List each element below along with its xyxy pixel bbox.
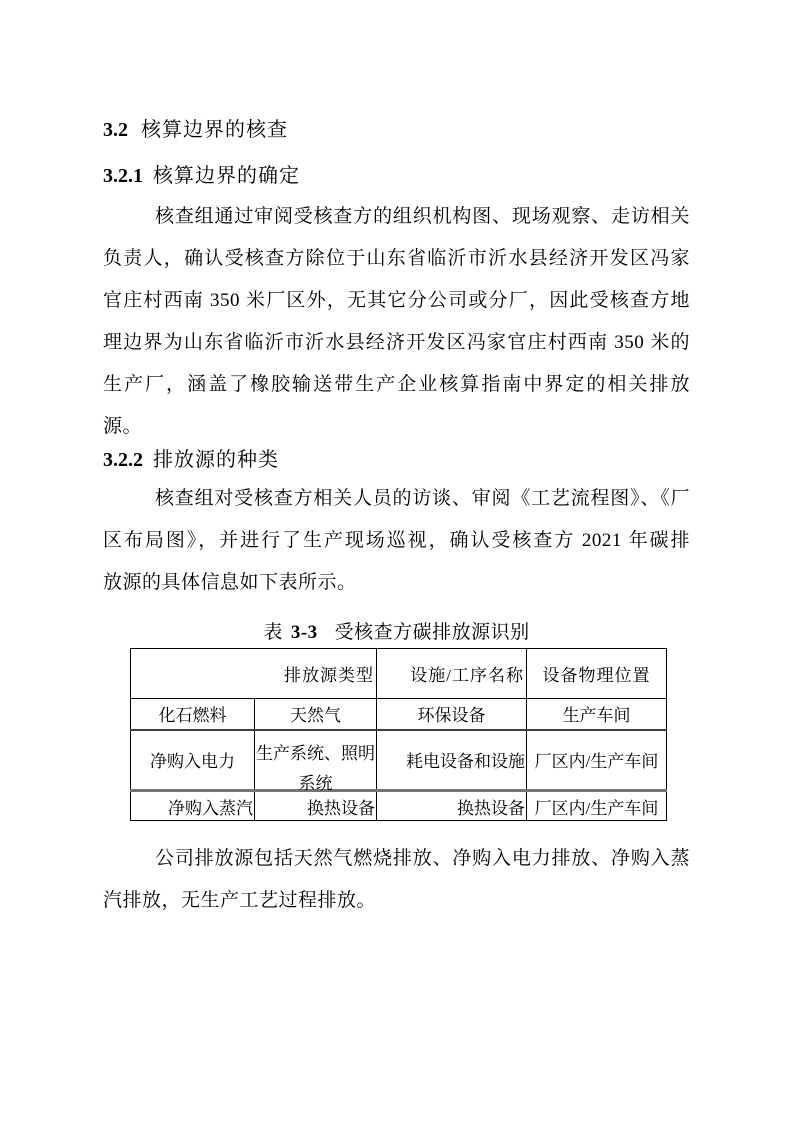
- header-cell-facility-name: 设施/工序名称: [377, 649, 527, 699]
- cell-device-location: 生产车间: [527, 699, 667, 730]
- table-caption: 表3-3受核查方碳排放源识别: [103, 621, 690, 645]
- table-header-row: 排放源类型 设施/工序名称 设备物理位置: [131, 649, 667, 699]
- text-line: 生产厂，涵盖了橡胶输送带生产企业核算指南中界定的相关排放: [103, 364, 690, 406]
- text-line: 汽排放，无生产工艺过程排放。: [103, 880, 690, 922]
- table-caption-title: 受核查方碳排放源识别: [335, 622, 530, 643]
- cell-source-category: 净购入蒸汽: [131, 791, 255, 821]
- cell-source-category: 化石燃料: [131, 699, 255, 730]
- cell-source-type: 生产系统、照明 系统: [255, 730, 377, 791]
- text-line: 理边界为山东省临沂市沂水县经济开发区冯家官庄村西南 350 米的: [103, 322, 690, 364]
- table-row-purchased-electricity: 净购入电力 生产系统、照明 系统 耗电设备和设施 厂区内/生产车间: [131, 730, 667, 791]
- text-line: 源。: [103, 406, 690, 448]
- section-number: 3.2.1: [103, 165, 143, 187]
- cell-device-location: 厂区内/生产车间: [527, 730, 667, 791]
- section-number: 3.2.2: [103, 449, 143, 471]
- cell-facility-name: 耗电设备和设施: [377, 730, 527, 791]
- paragraph-boundary-determination: 核查组通过审阅受核查方的组织机构图、现场观察、走访相关 负责人，确认受核查方除位…: [103, 196, 690, 448]
- header-cell-source-type: 排放源类型: [131, 649, 377, 699]
- cell-source-category: 净购入电力: [131, 730, 255, 791]
- section-title: 排放源的种类: [153, 449, 279, 471]
- cell-source-type: 天然气: [255, 699, 377, 730]
- section-heading-3-2-1: 3.2.1核算边界的确定: [103, 164, 690, 188]
- document-page: 3.2核算边界的核查 3.2.1核算边界的确定 核查组通过审阅受核查方的组织机构…: [0, 0, 794, 1123]
- emission-source-table: 排放源类型 设施/工序名称 设备物理位置 化石燃料 天然气 环保设备 生产车间 …: [130, 648, 667, 821]
- text-line: 核查组通过审阅受核查方的组织机构图、现场观察、走访相关: [103, 196, 690, 238]
- table-caption-prefix: 表: [263, 622, 283, 643]
- section-heading-3-2: 3.2核算边界的核查: [103, 118, 690, 142]
- paragraph-emission-source-types: 核查组对受核查方相关人员的访谈、审阅《工艺流程图》、《厂 区布局图》，并进行了生…: [103, 478, 690, 604]
- cell-facility-name: 换热设备: [377, 791, 527, 821]
- section-title: 核算边界的核查: [141, 119, 288, 141]
- cell-source-type-text: 生产系统、照明 系统: [255, 731, 376, 799]
- table-caption-number: 3-3: [291, 622, 318, 643]
- cell-facility-name: 环保设备: [377, 699, 527, 730]
- cell-device-location: 厂区内/生产车间: [527, 791, 667, 821]
- text-line: 放源的具体信息如下表所示。: [103, 562, 690, 604]
- section-heading-3-2-2: 3.2.2排放源的种类: [103, 448, 690, 472]
- table-row-purchased-steam: 净购入蒸汽 换热设备 换热设备 厂区内/生产车间: [131, 791, 667, 821]
- text-line: 核查组对受核查方相关人员的访谈、审阅《工艺流程图》、《厂: [103, 478, 690, 520]
- header-cell-device-location: 设备物理位置: [527, 649, 667, 699]
- text-line: 区布局图》，并进行了生产现场巡视，确认受核查方 2021 年碳排: [103, 520, 690, 562]
- cell-source-type: 换热设备: [255, 791, 377, 821]
- text-line: 负责人，确认受核查方除位于山东省临沂市沂水县经济开发区冯家: [103, 238, 690, 280]
- section-title: 核算边界的确定: [153, 165, 300, 187]
- text-line: 公司排放源包括天然气燃烧排放、净购入电力排放、净购入蒸: [103, 838, 690, 880]
- section-number: 3.2: [103, 119, 128, 141]
- text-line: 官庄村西南 350 米厂区外，无其它分公司或分厂，因此受核查方地: [103, 280, 690, 322]
- paragraph-summary: 公司排放源包括天然气燃烧排放、净购入电力排放、净购入蒸 汽排放，无生产工艺过程排…: [103, 838, 690, 922]
- table-row-fossil-fuel: 化石燃料 天然气 环保设备 生产车间: [131, 699, 667, 730]
